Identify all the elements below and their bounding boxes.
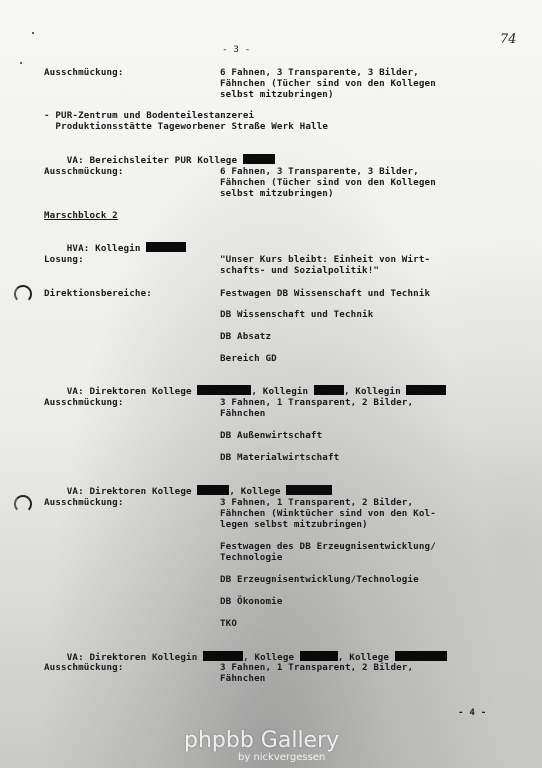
redaction-bar: [300, 651, 338, 661]
directorate-item: DB Außenwirtschaft: [220, 430, 322, 441]
directorate-item: Bereich GD: [220, 353, 277, 364]
responsible-label: , Kollege: [229, 486, 280, 497]
decoration-value-line: 3 Fahnen, 1 Transparent, 2 Bilder,: [220, 497, 413, 508]
decoration-label: Ausschmückung:: [44, 662, 124, 673]
redaction-bar: [314, 385, 344, 395]
watermark-subtitle: by nickvergessen: [238, 752, 325, 763]
punch-hole-mark: [14, 285, 32, 303]
redaction-bar: [197, 485, 229, 495]
redaction-bar: [197, 385, 251, 395]
responsible-label: HVA: Kollegin: [67, 243, 141, 254]
page-number: - 3 -: [222, 44, 250, 55]
decoration-value-line: selbst mitzubringen): [220, 188, 334, 199]
redaction-bar: [406, 385, 446, 395]
decoration-value-line: Fähnchen: [220, 408, 265, 419]
decoration-value-line: Fähnchen: [220, 673, 265, 684]
slogan-line: "Unser Kurs bleibt: Einheit von Wirt-: [220, 254, 430, 265]
section-heading: Marschblock 2: [44, 210, 118, 221]
slogan-label: Losung:: [44, 254, 84, 265]
decoration-value-line: Fähnchen (Tücher sind von den Kollegen: [220, 78, 436, 89]
responsible-label: , Kollegin: [251, 386, 308, 397]
decoration-value-line: 6 Fahnen, 3 Transparente, 3 Bilder,: [220, 67, 419, 78]
decoration-label: Ausschmückung:: [44, 497, 124, 508]
responsible-label: , Kollegin: [344, 386, 401, 397]
redaction-bar: [146, 242, 186, 252]
responsible-label: VA: Direktoren Kollege: [67, 386, 192, 397]
directorate-item: DB Materialwirtschaft: [220, 452, 339, 463]
directorate-item: Festwagen DB Wissenschaft und Technik: [220, 288, 430, 299]
decoration-label: Ausschmückung:: [44, 166, 124, 177]
handwritten-folio-number: 74: [500, 32, 517, 47]
section-line: - PUR-Zentrum und Bodenteilestanzerei: [44, 110, 254, 121]
decoration-value-line: legen selbst mitzubringen): [220, 519, 368, 530]
decoration-value-line: Fähnchen (Tücher sind von den Kollegen: [220, 177, 436, 188]
directorate-item: Festwagen des DB Erzeugnisentwicklung/: [220, 541, 436, 552]
directorate-item: DB Absatz: [220, 331, 271, 342]
next-page-marker: - 4 -: [458, 707, 486, 718]
section-line: Produktionsstätte Tageworbener Straße We…: [44, 121, 328, 132]
directorate-item: DB Wissenschaft und Technik: [220, 309, 373, 320]
directorate-item: TKO: [220, 618, 237, 629]
decoration-value-line: 3 Fahnen, 1 Transparent, 2 Bilder,: [220, 397, 413, 408]
redaction-bar: [395, 651, 447, 661]
scan-speck: [20, 62, 22, 64]
directorate-item: Technologie: [220, 552, 283, 563]
scanned-document-page: - 3 - 74 Ausschmückung: 6 Fahnen, 3 Tran…: [0, 0, 542, 768]
slogan-line: schafts- und Sozialpolitik!": [220, 265, 379, 276]
directorate-item: DB Ökonomie: [220, 596, 283, 607]
decoration-value-line: 3 Fahnen, 1 Transparent, 2 Bilder,: [220, 662, 413, 673]
redaction-bar: [243, 154, 275, 164]
watermark-title: phpbb Gallery: [184, 728, 339, 753]
redaction-bar: [286, 485, 332, 495]
responsible-label: VA: Direktoren Kollege: [67, 486, 192, 497]
decoration-value-line: selbst mitzubringen): [220, 89, 334, 100]
responsible-label: VA: Bereichsleiter PUR Kollege: [67, 155, 237, 166]
punch-hole-mark: [14, 495, 32, 513]
decoration-value-line: 6 Fahnen, 3 Transparente, 3 Bilder,: [220, 166, 419, 177]
decoration-value-line: Fähnchen (Winktücher sind von den Kol-: [220, 508, 436, 519]
directorate-label: Direktionsbereiche:: [44, 288, 152, 299]
scan-speck: [32, 32, 34, 34]
decoration-label: Ausschmückung:: [44, 67, 124, 78]
redaction-bar: [203, 651, 243, 661]
decoration-label: Ausschmückung:: [44, 397, 124, 408]
directorate-item: DB Erzeugnisentwicklung/Technologie: [220, 574, 419, 585]
